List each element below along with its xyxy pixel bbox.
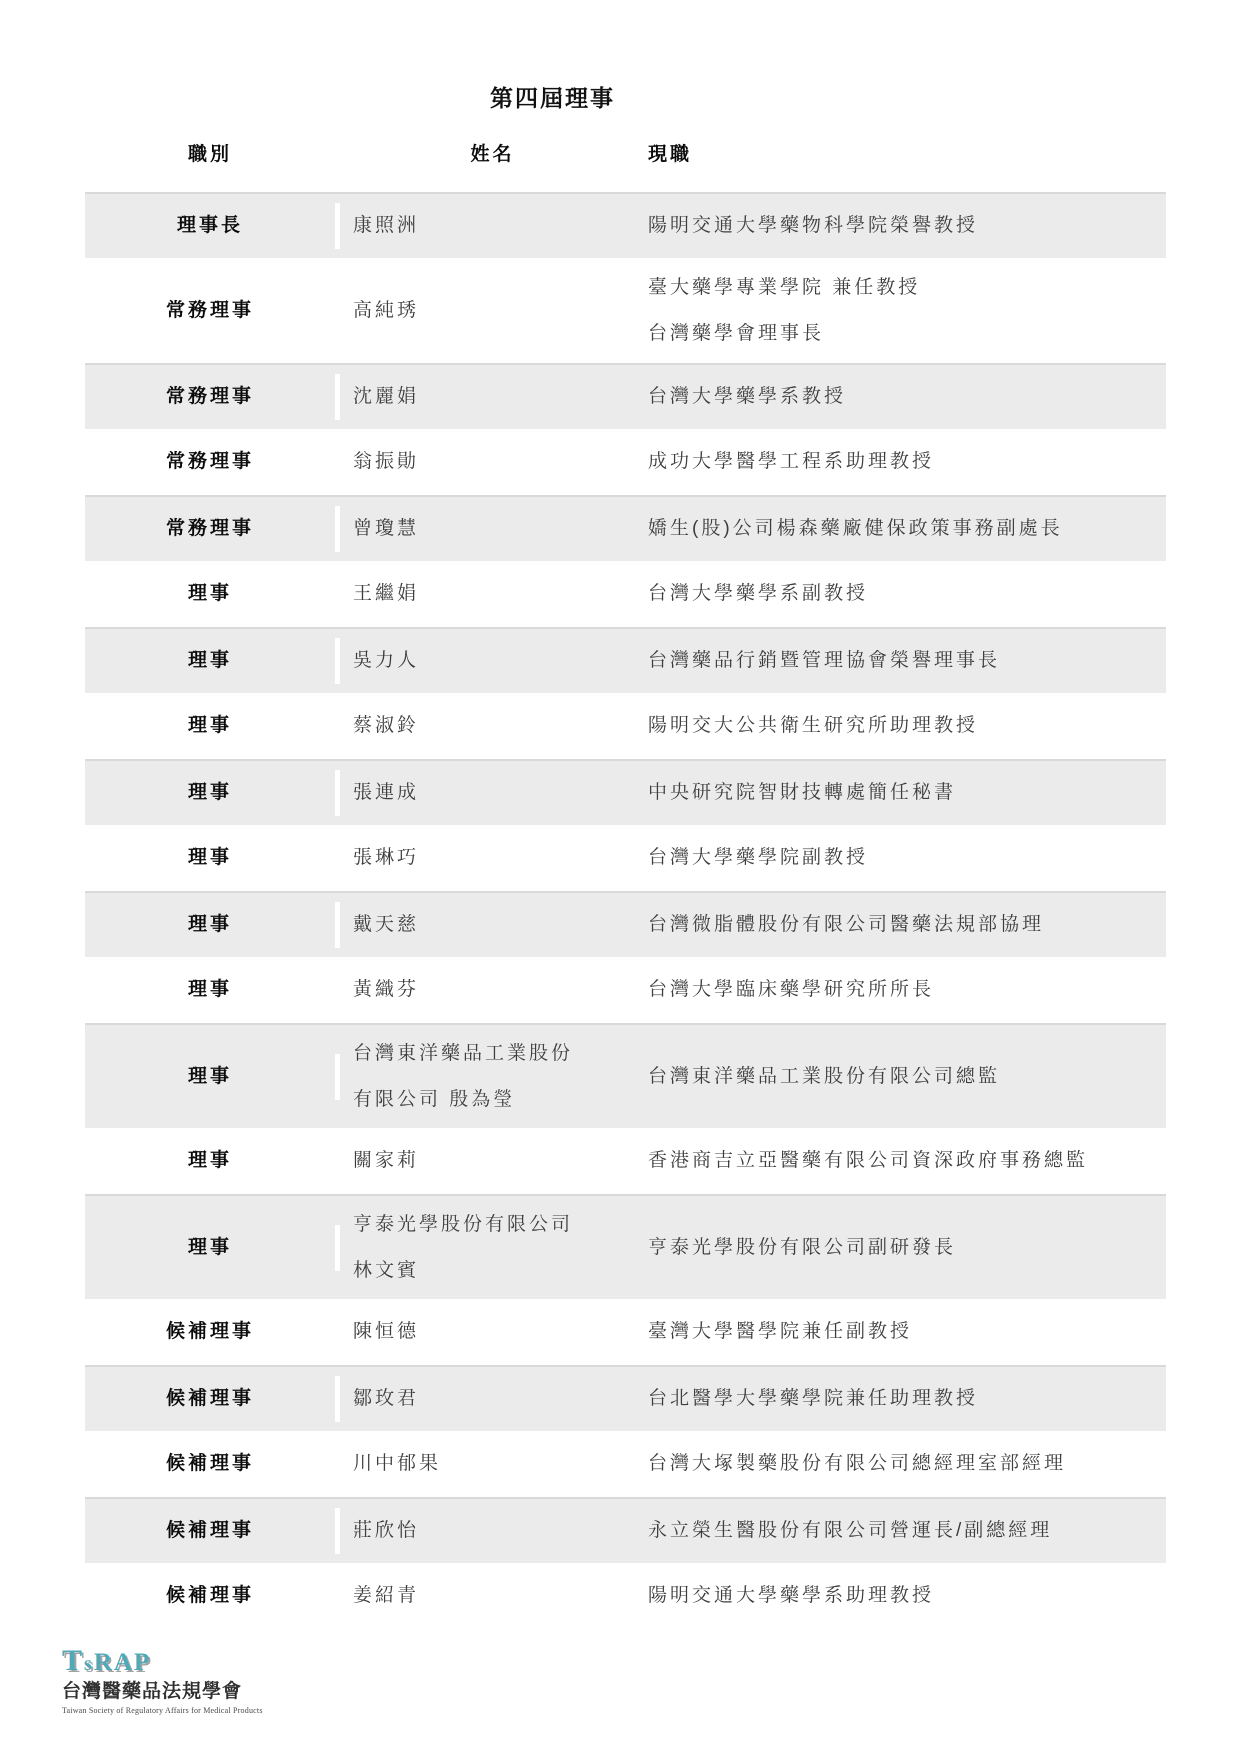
name-cell: 莊欣怡 (340, 1508, 645, 1554)
position-cell: 台灣大學藥學系副教授 (645, 571, 1166, 617)
role-cell: 候補理事 (85, 1573, 340, 1619)
position-cell: 亨泰光學股份有限公司副研發長 (645, 1225, 1166, 1271)
table-row: 候補理事 陳恒德 臺灣大學醫學院兼任副教授 (85, 1299, 1166, 1365)
name-cell: 曾瓊慧 (340, 506, 645, 552)
name-cell: 台灣東洋藥品工業股份 有限公司 殷為瑩 (340, 1031, 645, 1123)
table-row: 候補理事 莊欣怡 永立榮生醫股份有限公司營運長/副總經理 (85, 1497, 1166, 1563)
role-cell: 理事 (85, 571, 340, 617)
position-cell: 永立榮生醫股份有限公司營運長/副總經理 (645, 1508, 1166, 1554)
position-cell: 台灣大塚製藥股份有限公司總經理室部經理 (645, 1441, 1166, 1487)
table-row: 理事 蔡淑鈴 陽明交大公共衛生研究所助理教授 (85, 693, 1166, 759)
table-row: 候補理事 川中郁果 台灣大塚製藥股份有限公司總經理室部經理 (85, 1431, 1166, 1497)
role-cell: 常務理事 (85, 374, 340, 420)
table-row: 理事 台灣東洋藥品工業股份 有限公司 殷為瑩 台灣東洋藥品工業股份有限公司總監 (85, 1023, 1166, 1128)
position-cell: 成功大學醫學工程系助理教授 (645, 439, 1166, 485)
role-cell: 理事 (85, 835, 340, 881)
role-cell: 常務理事 (85, 439, 340, 485)
role-cell: 理事 (85, 1138, 340, 1184)
name-cell: 康照洲 (340, 203, 645, 249)
role-cell: 理事 (85, 703, 340, 749)
table-row: 理事 張琳巧 台灣大學藥學院副教授 (85, 825, 1166, 891)
position-cell: 台北醫學大學藥學院兼任助理教授 (645, 1376, 1166, 1422)
name-cell: 張連成 (340, 770, 645, 816)
logo-letters-rap: RAP (94, 1649, 151, 1676)
name-cell: 鄒玫君 (340, 1376, 645, 1422)
role-cell: 候補理事 (85, 1441, 340, 1487)
name-cell: 翁振勛 (340, 439, 645, 485)
table-row: 候補理事 姜紹青 陽明交通大學藥學系助理教授 (85, 1563, 1166, 1629)
name-cell: 亨泰光學股份有限公司 林文賓 (340, 1202, 645, 1294)
table-row: 理事 亨泰光學股份有限公司 林文賓 亨泰光學股份有限公司副研發長 (85, 1194, 1166, 1299)
role-cell: 候補理事 (85, 1309, 340, 1355)
role-cell: 理事 (85, 1225, 340, 1271)
logo-chinese-name: 台灣醫藥品法規學會 (62, 1681, 282, 1703)
position-cell: 台灣大學藥學院副教授 (645, 835, 1166, 881)
header-name: 姓名 (340, 140, 645, 170)
name-cell: 高純琇 (340, 288, 645, 334)
position-cell: 香港商吉立亞醫藥有限公司資深政府事務總監 (645, 1138, 1166, 1184)
document-page: 第四屆理事 職別 姓名 現職 理事長 康照洲 陽明交通大學藥物科學院榮譽教授 常… (0, 0, 1241, 1755)
table-row: 理事 黃織芬 台灣大學臨床藥學研究所所長 (85, 957, 1166, 1023)
role-cell: 候補理事 (85, 1508, 340, 1554)
table-row: 理事 吳力人 台灣藥品行銷暨管理協會榮譽理事長 (85, 627, 1166, 693)
table-row: 理事長 康照洲 陽明交通大學藥物科學院榮譽教授 (85, 192, 1166, 258)
position-cell: 臺灣大學醫學院兼任副教授 (645, 1309, 1166, 1355)
position-cell: 台灣藥品行銷暨管理協會榮譽理事長 (645, 638, 1166, 684)
position-cell: 台灣東洋藥品工業股份有限公司總監 (645, 1054, 1166, 1100)
role-cell: 理事 (85, 638, 340, 684)
position-cell: 中央研究院智財技轉處簡任秘書 (645, 770, 1166, 816)
table-row: 常務理事 沈麗娟 台灣大學藥學系教授 (85, 363, 1166, 429)
name-cell: 黃織芬 (340, 967, 645, 1013)
header-role: 職別 (85, 140, 340, 170)
tsrap-logo: TsRAP 台灣醫藥品法規學會 Taiwan Society of Regula… (62, 1648, 282, 1715)
position-cell: 陽明交大公共衛生研究所助理教授 (645, 703, 1166, 749)
name-cell: 吳力人 (340, 638, 645, 684)
name-cell: 陳恒德 (340, 1309, 645, 1355)
name-cell: 張琳巧 (340, 835, 645, 881)
header-position: 現職 (645, 140, 1166, 170)
name-cell: 關家莉 (340, 1138, 645, 1184)
name-cell: 川中郁果 (340, 1441, 645, 1487)
name-cell: 姜紹青 (340, 1573, 645, 1619)
table-row: 常務理事 曾瓊慧 嬌生(股)公司楊森藥廠健保政策事務副處長 (85, 495, 1166, 561)
table-row: 理事 張連成 中央研究院智財技轉處簡任秘書 (85, 759, 1166, 825)
table-row: 常務理事 翁振勛 成功大學醫學工程系助理教授 (85, 429, 1166, 495)
position-cell: 嬌生(股)公司楊森藥廠健保政策事務副處長 (645, 506, 1166, 552)
name-cell: 戴天慈 (340, 902, 645, 948)
logo-letter-t: T (62, 1644, 84, 1677)
table-header: 職別 姓名 現職 (85, 140, 1166, 170)
table-row: 理事 王繼娟 台灣大學藥學系副教授 (85, 561, 1166, 627)
role-cell: 理事 (85, 967, 340, 1013)
directors-table: 理事長 康照洲 陽明交通大學藥物科學院榮譽教授 常務理事 高純琇 臺大藥學專業學… (85, 192, 1166, 1629)
name-cell: 王繼娟 (340, 571, 645, 617)
position-cell: 台灣大學藥學系教授 (645, 374, 1166, 420)
role-cell: 理事 (85, 1054, 340, 1100)
position-cell: 陽明交通大學藥物科學院榮譽教授 (645, 203, 1166, 249)
position-cell: 台灣大學臨床藥學研究所所長 (645, 967, 1166, 1013)
role-cell: 常務理事 (85, 288, 340, 334)
position-cell: 臺大藥學專業學院 兼任教授 台灣藥學會理事長 (645, 265, 1166, 357)
logo-english-name: Taiwan Society of Regulatory Affairs for… (62, 1706, 282, 1715)
role-cell: 理事 (85, 902, 340, 948)
name-cell: 沈麗娟 (340, 374, 645, 420)
table-row: 常務理事 高純琇 臺大藥學專業學院 兼任教授 台灣藥學會理事長 (85, 258, 1166, 363)
position-cell: 台灣微脂體股份有限公司醫藥法規部協理 (645, 902, 1166, 948)
role-cell: 理事 (85, 770, 340, 816)
logo-wordmark: TsRAP (62, 1648, 282, 1679)
page-title: 第四屆理事 (490, 80, 615, 113)
table-row: 理事 關家莉 香港商吉立亞醫藥有限公司資深政府事務總監 (85, 1128, 1166, 1194)
role-cell: 候補理事 (85, 1376, 340, 1422)
position-cell: 陽明交通大學藥學系助理教授 (645, 1573, 1166, 1619)
name-cell: 蔡淑鈴 (340, 703, 645, 749)
role-cell: 常務理事 (85, 506, 340, 552)
role-cell: 理事長 (85, 203, 340, 249)
table-row: 理事 戴天慈 台灣微脂體股份有限公司醫藥法規部協理 (85, 891, 1166, 957)
table-row: 候補理事 鄒玫君 台北醫學大學藥學院兼任助理教授 (85, 1365, 1166, 1431)
logo-letter-s: s (84, 1653, 94, 1675)
